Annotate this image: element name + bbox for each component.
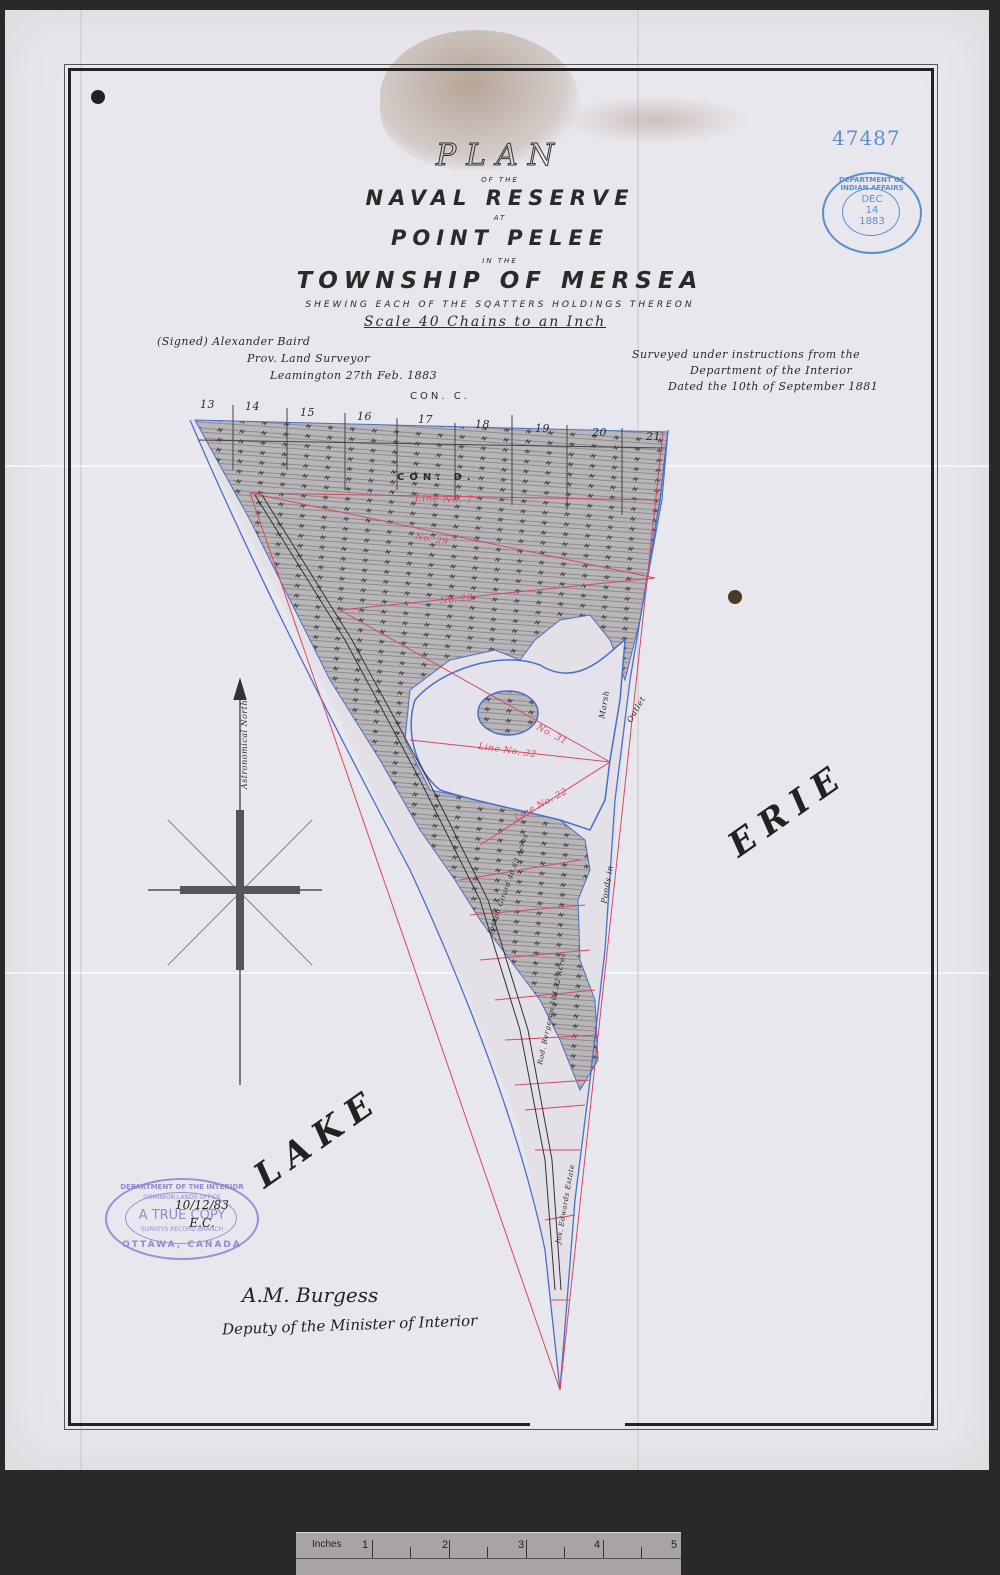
interior-true-copy-stamp: DEPARTMENT OF THE INTERIOR DOMINION LAND… (105, 1178, 259, 1260)
indian-affairs-stamp: DEPARTMENT OF INDIAN AFFAIRS DEC 14 1883 (822, 172, 922, 254)
stamp-day: 14 (824, 205, 920, 216)
ruler-unit-label: Inches (312, 1539, 341, 1550)
north-arrow-label: Astronomical North (240, 700, 249, 789)
surveyor-signed: (Signed) Alexander Baird (157, 335, 310, 348)
instructions-line1: Surveyed under instructions from the (632, 348, 860, 361)
lot-number: 17 (418, 413, 433, 426)
signature: A.M. Burgess (242, 1283, 378, 1307)
in-the-label: IN THE (0, 257, 1000, 265)
lot-number: 20 (592, 426, 607, 439)
archive-number: 47487 (832, 126, 901, 150)
line-label: Line No. 7 (415, 493, 473, 506)
compass-rose-icon (148, 680, 322, 1085)
surveyor-place-date: Leamington 27th Feb. 1883 (270, 369, 437, 382)
lot-number: 21 (646, 430, 661, 443)
stamp-year: 1883 (824, 216, 920, 227)
measurement-ruler: Inches 1 2 3 4 5 (296, 1532, 681, 1575)
surveyor-title: Prov. Land Surveyor (247, 352, 370, 365)
lot-number: 14 (245, 400, 260, 413)
stamp-month: DEC (824, 194, 920, 205)
lot-number: 13 (200, 398, 215, 411)
lot-number: 19 (535, 422, 550, 435)
instructions-line3: Dated the 10th of September 1881 (668, 380, 878, 393)
subtitle: SHEWING EACH OF THE SQATTERS HOLDINGS TH… (0, 300, 1000, 310)
concession-c-label: CON. C. (410, 391, 470, 402)
lot-number: 16 (357, 410, 372, 423)
lot-number: 18 (475, 418, 490, 431)
concession-d-label: CON. D. (397, 472, 476, 483)
title-township: TOWNSHIP OF MERSEA (0, 268, 1000, 294)
lot-number: 15 (300, 406, 315, 419)
scale-note: Scale 40 Chains to an Inch (0, 314, 970, 330)
instructions-line2: Department of the Interior (690, 364, 852, 377)
